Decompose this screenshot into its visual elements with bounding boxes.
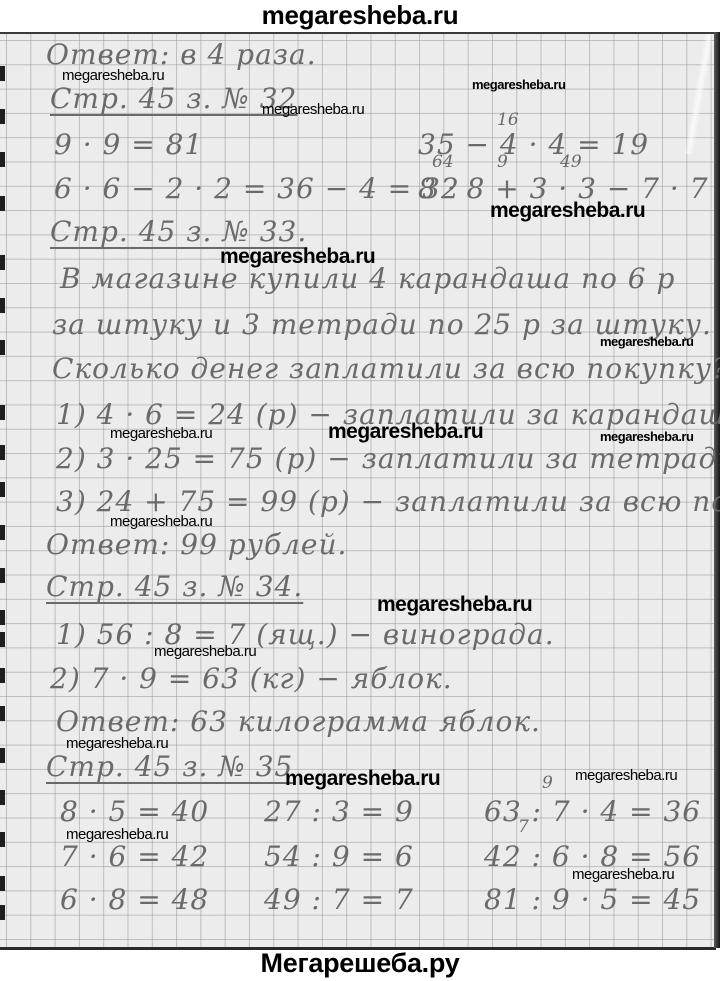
- binding-hole-icon: [0, 525, 5, 540]
- task-35-note-7: 7: [518, 817, 529, 837]
- watermark: megaresheba.ru: [377, 593, 532, 617]
- task-34-answer: Ответ: 63 килограмма яблок.: [56, 705, 541, 738]
- task-35-note-9: 9: [542, 773, 553, 793]
- binding-hole-icon: [0, 832, 5, 847]
- task-32-note-49: 49: [560, 152, 582, 172]
- watermark: megaresheba.ru: [66, 826, 168, 843]
- site-footer[interactable]: Мегарешеба.ру: [0, 945, 720, 981]
- task-35-col1-line-2: 7 · 6 = 42: [60, 840, 209, 873]
- binding-hole-icon: [0, 632, 5, 647]
- task-32-note-16: 16: [497, 110, 519, 130]
- binding-hole-icon: [0, 790, 5, 805]
- binding-hole-icon: [0, 876, 5, 891]
- watermark: megaresheba.ru: [472, 77, 565, 92]
- binding-hole-icon: [0, 66, 5, 81]
- task-32-heading: Стр. 45 з. № 32: [50, 82, 297, 115]
- site-header[interactable]: megaresheba.ru: [0, 0, 720, 33]
- task-34-step-2: 2) 7 · 9 = 63 (кг) − яблок.: [50, 662, 453, 695]
- watermark: megaresheba.ru: [600, 334, 693, 349]
- task-34-heading: Стр. 45 з. № 34.: [46, 570, 303, 603]
- binding-hole-icon: [0, 905, 5, 920]
- watermark: megaresheba.ru: [285, 767, 440, 791]
- binding-hole-icon: [0, 668, 5, 683]
- task-33-step-2: 2) 3 · 25 = 75 (р) − заплатили за тетрад…: [56, 442, 720, 475]
- watermark: megaresheba.ru: [154, 643, 256, 660]
- watermark: megaresheba.ru: [262, 101, 364, 118]
- watermark: megaresheba.ru: [490, 199, 645, 223]
- watermark: megaresheba.ru: [62, 67, 164, 84]
- watermark: megaresheba.ru: [110, 425, 212, 442]
- task-33-problem-line-3: Сколько денег заплатили за всю покупку?: [52, 352, 720, 385]
- binding-hole-icon: [0, 482, 5, 497]
- watermark: megaresheba.ru: [220, 245, 375, 269]
- task-35-col2-line-1: 27 : 3 = 9: [264, 795, 414, 828]
- binding-hole-icon: [0, 405, 5, 420]
- task-35-col2-line-2: 54 : 9 = 6: [264, 840, 414, 873]
- binding-hole-icon: [0, 109, 5, 124]
- watermark: megaresheba.ru: [572, 866, 674, 883]
- binding-hole-icon: [0, 196, 5, 211]
- task-32-left-line-1: 9 · 9 = 81: [54, 128, 203, 161]
- watermark: megaresheba.ru: [110, 513, 212, 530]
- binding-hole-icon: [0, 445, 5, 460]
- task-32-note-64: 64: [432, 152, 454, 172]
- watermark: megaresheba.ru: [600, 429, 693, 444]
- task-35-col3-line-3: 81 : 9 · 5 = 45: [484, 883, 701, 916]
- task-33-answer: Ответ: 99 рублей.: [46, 528, 347, 561]
- binding-hole-icon: [0, 748, 5, 763]
- task-35-heading: Стр. 45 з. № 35: [46, 750, 293, 783]
- binding-hole-icon: [0, 610, 5, 625]
- task-35-col3-line-1: 63 : 7 · 4 = 36: [484, 795, 701, 828]
- task-32-note-9: 9: [497, 152, 508, 172]
- watermark: megaresheba.ru: [575, 767, 677, 784]
- page-fold: [684, 34, 714, 154]
- task-34-step-1: 1) 56 : 8 = 7 (ящ.) − винограда.: [56, 618, 555, 651]
- watermark: megaresheba.ru: [66, 735, 168, 752]
- task-35-col2-line-3: 49 : 7 = 7: [264, 883, 414, 916]
- binding-hole-icon: [0, 298, 5, 313]
- watermark: megaresheba.ru: [328, 420, 483, 444]
- task-35-col1-line-1: 8 · 5 = 40: [60, 795, 209, 828]
- binding-hole-icon: [0, 340, 5, 355]
- binding-hole-icon: [0, 568, 5, 583]
- binding-hole-icon: [0, 706, 5, 721]
- task-35-col1-line-3: 6 · 8 = 48: [60, 883, 209, 916]
- task-32-left-line-2: 6 · 6 − 2 · 2 = 36 − 4 = 32: [54, 172, 460, 205]
- binding-hole-icon: [0, 152, 5, 167]
- binding-hole-icon: [0, 255, 5, 270]
- task-33-heading: Стр. 45 з. № 33.: [50, 215, 307, 248]
